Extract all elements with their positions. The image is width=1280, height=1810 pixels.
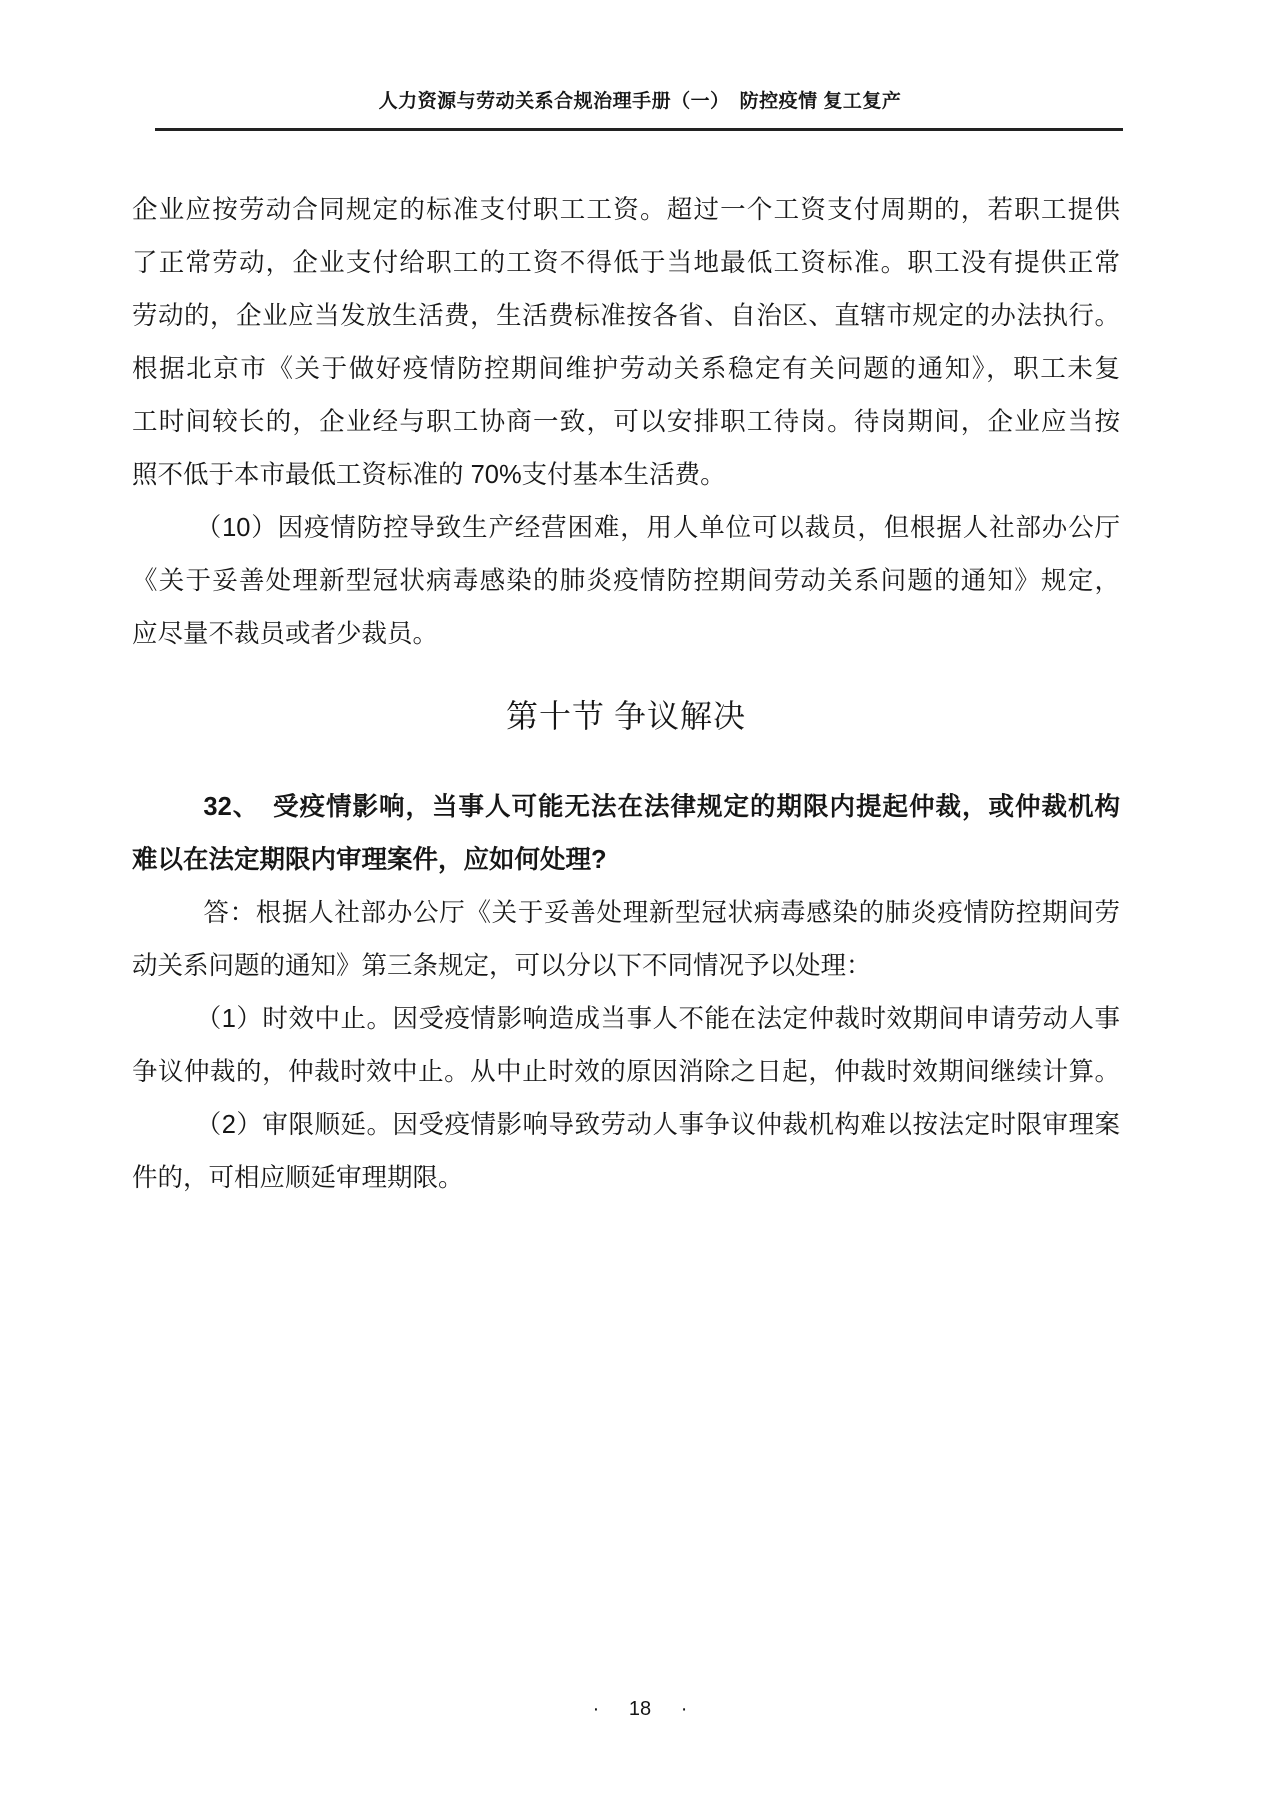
body-line: 企业应按劳动合同规定的标准支付职工工资。超过一个工资支付周期的，若职工提供 [132, 184, 1120, 237]
body-line: 工时间较长的，企业经与职工协商一致，可以安排职工待岗。待岗期间，企业应当按 [132, 396, 1120, 449]
body-line: 件的，可相应顺延审理期限。 [132, 1152, 1120, 1205]
page-number: 18 [629, 1698, 651, 1720]
body-line: （10）因疫情防控导致生产经营困难，用人单位可以裁员，但根据人社部办公厅 [132, 502, 1120, 555]
section-heading: 第十节 争议解决 [132, 693, 1120, 739]
question-line: 难以在法定期限内审理案件，应如何处理? [132, 834, 1120, 887]
document-page: 人力资源与劳动关系合规治理手册（一） 防控疫情 复工复产 企业应按劳动合同规定的… [0, 0, 1280, 1810]
footer-dot-left: · [593, 1698, 600, 1720]
body-line: 争议仲裁的，仲裁时效中止。从中止时效的原因消除之日起，仲裁时效期间继续计算。 [132, 1046, 1120, 1099]
body-line: 动关系问题的通知》第三条规定，可以分以下不同情况予以处理： [132, 940, 1120, 993]
page-footer: · 18 · [0, 1694, 1280, 1724]
body-line: 劳动的，企业应当发放生活费，生活费标准按各省、自治区、直辖市规定的办法执行。 [132, 290, 1120, 343]
paragraph-block-bottom: 32、 受疫情影响，当事人可能无法在法律规定的期限内提起仲裁，或仲裁机构难以在法… [132, 781, 1120, 1205]
body-line: 《关于妥善处理新型冠状病毒感染的肺炎疫情防控期间劳动关系问题的通知》规定， [132, 555, 1120, 608]
paragraph-block-top: 企业应按劳动合同规定的标准支付职工工资。超过一个工资支付周期的，若职工提供了正常… [132, 184, 1120, 661]
body-line: （2）审限顺延。因受疫情影响导致劳动人事争议仲裁机构难以按法定时限审理案 [132, 1099, 1120, 1152]
body-line: 答：根据人社部办公厅《关于妥善处理新型冠状病毒感染的肺炎疫情防控期间劳 [132, 887, 1120, 940]
footer-dot-right: · [681, 1698, 688, 1720]
body-line: 照不低于本市最低工资标准的 70%支付基本生活费。 [132, 449, 1120, 502]
header-title: 人力资源与劳动关系合规治理手册（一） 防控疫情 复工复产 [379, 91, 902, 112]
header-rule [155, 128, 1123, 131]
body-line: （1）时效中止。因受疫情影响造成当事人不能在法定仲裁时效期间申请劳动人事 [132, 993, 1120, 1046]
question-line: 32、 受疫情影响，当事人可能无法在法律规定的期限内提起仲裁，或仲裁机构 [132, 781, 1120, 834]
page-header: 人力资源与劳动关系合规治理手册（一） 防控疫情 复工复产 [0, 90, 1280, 114]
document-body: 企业应按劳动合同规定的标准支付职工工资。超过一个工资支付周期的，若职工提供了正常… [132, 184, 1120, 1205]
body-line: 根据北京市《关于做好疫情防控期间维护劳动关系稳定有关问题的通知》，职工未复 [132, 343, 1120, 396]
body-line: 了正常劳动，企业支付给职工的工资不得低于当地最低工资标准。职工没有提供正常 [132, 237, 1120, 290]
body-line: 应尽量不裁员或者少裁员。 [132, 608, 1120, 661]
